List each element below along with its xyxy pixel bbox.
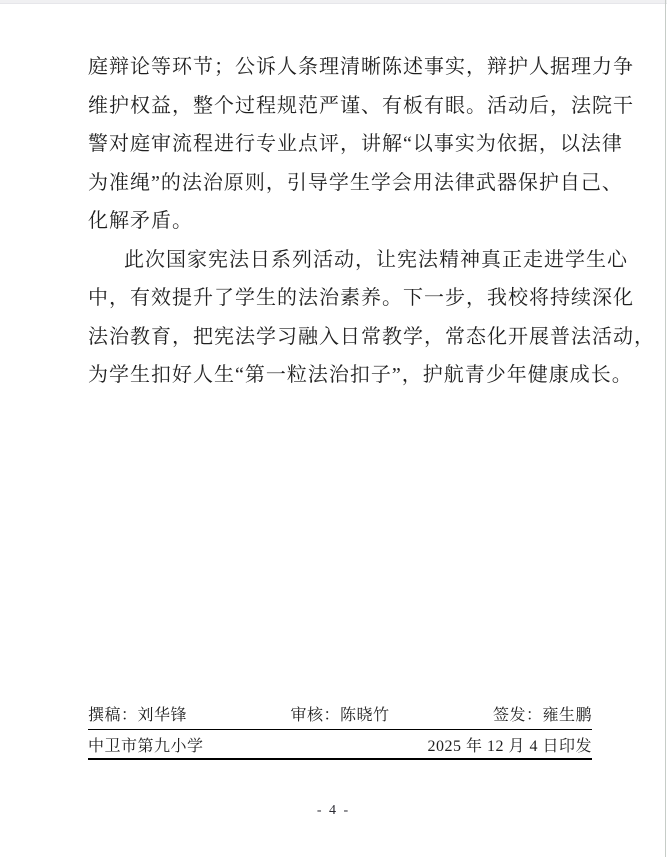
body-line: 为学生扣好人生“第一粒法治扣子”，护航青少年健康成长。 (88, 356, 592, 395)
document-page: 庭辩论等环节；公诉人条理清晰陈述事实，辩护人据理力争 维护权益，整个过程规范严谨… (0, 0, 667, 857)
page-number: - 4 - (0, 803, 667, 819)
issuer-name: 签发：雍生鹏 (493, 702, 592, 725)
page-top-edge (0, 0, 667, 4)
body-line: 化解矛盾。 (88, 202, 592, 241)
body-line: 为准绳”的法治原则，引导学生学会用法律武器保护自己、 (88, 164, 592, 203)
body-line: 中，有效提升了学生的法治素养。下一步，我校将持续深化 (88, 279, 592, 318)
issuance-row: 中卫市第九小学 2025 年 12 月 4 日印发 (88, 730, 592, 760)
signature-row: 撰稿：刘华锋 审核：陈晓竹 签发：雍生鹏 (88, 698, 592, 730)
document-footer: 撰稿：刘华锋 审核：陈晓竹 签发：雍生鹏 中卫市第九小学 2025 年 12 月… (88, 698, 592, 760)
reviewer-name: 审核：陈晓竹 (290, 702, 389, 725)
organization-name: 中卫市第九小学 (88, 733, 204, 756)
body-line: 此次国家宪法日系列活动，让宪法精神真正走进学生心 (88, 241, 592, 280)
print-date: 2025 年 12 月 4 日印发 (427, 733, 592, 756)
body-line: 庭辩论等环节；公诉人条理清晰陈述事实，辩护人据理力争 (88, 48, 592, 87)
page-right-edge (665, 0, 666, 857)
body-line: 法治教育，把宪法学习融入日常教学，常态化开展普法活动， (88, 318, 592, 357)
body-line: 警对庭审流程进行专业点评，讲解“以事实为依据，以法律 (88, 125, 592, 164)
drafter-name: 撰稿：刘华锋 (88, 702, 187, 725)
document-body: 庭辩论等环节；公诉人条理清晰陈述事实，辩护人据理力争 维护权益，整个过程规范严谨… (88, 48, 592, 395)
body-line: 维护权益，整个过程规范严谨、有板有眼。活动后，法院干 (88, 87, 592, 126)
